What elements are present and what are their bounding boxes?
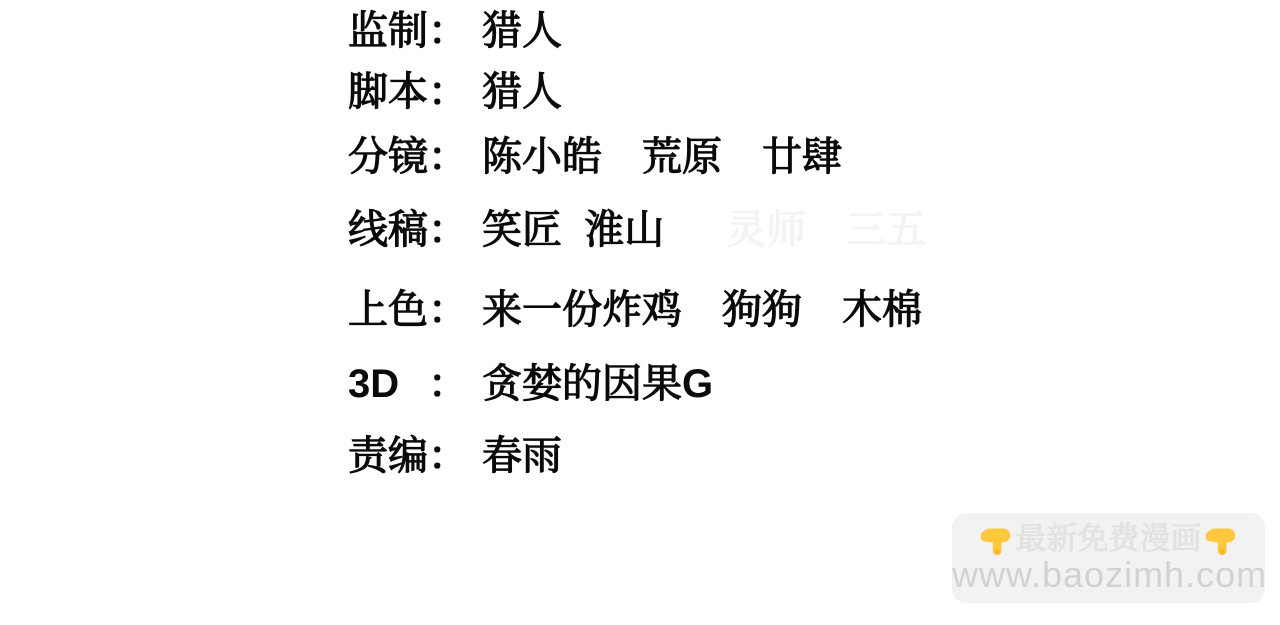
credit-line-lineart: 线稿：笑匠 淮山灵师 三五 [348, 206, 926, 254]
watermark-url: www.baozimh.com [952, 557, 1265, 593]
credit-line-supervisor: 监制：猎人 [348, 7, 562, 55]
credit-colon: ： [428, 68, 468, 116]
watermark-label: 最新免费漫画 [1016, 522, 1202, 556]
credit-line-3d: 3D：贪婪的因果G [348, 360, 713, 408]
credit-names: 陈小皓 荒原 廿肆 [482, 135, 842, 179]
credit-line-script: 脚本：猎人 [348, 68, 562, 116]
credit-line-storyboard: 分镜：陈小皓 荒原 廿肆 [348, 133, 842, 181]
credit-colon: ： [428, 133, 468, 181]
credit-names: 笑匠 淮山 [482, 208, 664, 252]
credit-names-faint: 灵师 三五 [726, 208, 926, 252]
credit-role: 3D [348, 360, 428, 408]
credit-role: 脚本 [348, 68, 428, 116]
watermark-box: 最新免费漫画 www.baozimh.com [952, 513, 1265, 603]
credit-colon: ： [428, 286, 468, 334]
credit-names: 来一份炸鸡 狗狗 木棉 [482, 288, 922, 332]
credit-names: 猎人 [482, 9, 562, 53]
credit-names: 猎人 [482, 70, 562, 114]
credit-colon: ： [428, 7, 468, 55]
credit-colon: ： [428, 432, 468, 480]
pointing-down-hand-icon [1205, 523, 1238, 556]
credit-colon: ： [428, 206, 468, 254]
comic-credits-page: 监制：猎人 脚本：猎人 分镜：陈小皓 荒原 廿肆 线稿：笑匠 淮山灵师 三五 上… [0, 0, 1280, 625]
credit-names: 贪婪的因果G [482, 362, 713, 406]
credit-line-coloring: 上色：来一份炸鸡 狗狗 木棉 [348, 286, 922, 334]
pointing-down-hand-icon [980, 523, 1013, 556]
credit-role: 监制 [348, 7, 428, 55]
credit-names: 春雨 [482, 434, 562, 478]
credit-colon: ： [428, 360, 468, 408]
credit-role: 线稿 [348, 206, 428, 254]
credit-line-editor: 责编：春雨 [348, 432, 562, 480]
watermark-label-row: 最新免费漫画 [952, 522, 1265, 556]
credit-role: 责编 [348, 432, 428, 480]
credit-role: 分镜 [348, 133, 428, 181]
credit-role: 上色 [348, 286, 428, 334]
